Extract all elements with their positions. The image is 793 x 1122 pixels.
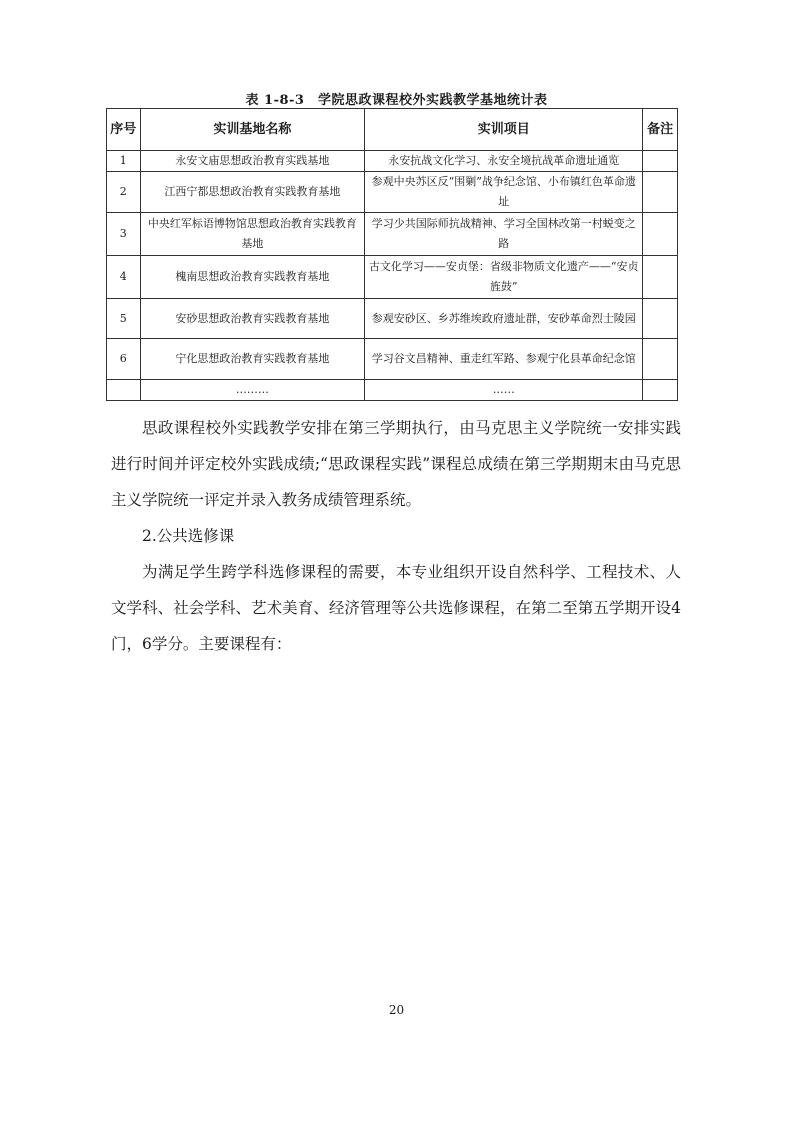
- cell-project: 古文化学习——安贞堡：省级非物质文化遗产——“安贞旌鼓”: [365, 256, 643, 299]
- table-row: 4 槐南思想政治教育实践教育基地 古文化学习——安贞堡：省级非物质文化遗产——“…: [107, 256, 678, 299]
- cell-remark: [643, 380, 678, 401]
- cell-index: 6: [107, 339, 141, 380]
- table-row: 1 永安文庙思想政治教育实践基地 永安抗战文化学习、永安全境抗战革命遗址通览: [107, 151, 678, 172]
- cell-remark: [643, 151, 678, 172]
- cell-project: 永安抗战文化学习、永安全境抗战革命遗址通览: [365, 151, 643, 172]
- cell-base-name: 江西宁都思想政治教育实践教育基地: [140, 172, 365, 213]
- table-row-ellipsis: ……… ……: [107, 380, 678, 401]
- cell-index: 2: [107, 172, 141, 213]
- table-row: 3 中央红军标语博物馆思想政治教育实践教育基地 学习少共国际师抗战精神、学习全国…: [107, 213, 678, 256]
- paragraph-public-electives: 为满足学生跨学科选修课程的需要，本专业组织开设自然科学、工程技术、人文学科、社会…: [111, 554, 681, 662]
- table-header-row: 序号 实训基地名称 实训项目 备注: [107, 109, 678, 151]
- section-heading-public-electives: 2.公共选修课: [111, 518, 681, 554]
- cell-index: 1: [107, 151, 141, 172]
- cell-base-name: 宁化思想政治教育实践教育基地: [140, 339, 365, 380]
- cell-index: [107, 380, 141, 401]
- paragraph-practice-arrangement: 思政课程校外实践教学安排在第三学期执行，由马克思主义学院统一安排实践进行时间并评…: [111, 410, 681, 518]
- header-project: 实训项目: [365, 109, 643, 151]
- cell-project: 参观安砂区、乡苏维埃政府遗址群，安砂革命烈士陵园: [365, 299, 643, 339]
- cell-project: 参观中央苏区反“围剿”战争纪念馆、小布镇红色革命遗址: [365, 172, 643, 213]
- cell-project: 学习谷文昌精神、重走红军路、参观宁化县革命纪念馆: [365, 339, 643, 380]
- table-row: 6 宁化思想政治教育实践教育基地 学习谷文昌精神、重走红军路、参观宁化县革命纪念…: [107, 339, 678, 380]
- cell-remark: [643, 339, 678, 380]
- cell-base-name: ………: [140, 380, 365, 401]
- cell-index: 4: [107, 256, 141, 299]
- header-base-name: 实训基地名称: [140, 109, 365, 151]
- cell-project: ……: [365, 380, 643, 401]
- table-caption: 表 1-8-3 学院思政课程校外实践教学基地统计表: [0, 89, 793, 108]
- header-index: 序号: [107, 109, 141, 151]
- table-row: 2 江西宁都思想政治教育实践教育基地 参观中央苏区反“围剿”战争纪念馆、小布镇红…: [107, 172, 678, 213]
- cell-index: 5: [107, 299, 141, 339]
- cell-index: 3: [107, 213, 141, 256]
- cell-base-name: 安砂思想政治教育实践教育基地: [140, 299, 365, 339]
- cell-base-name: 永安文庙思想政治教育实践基地: [140, 151, 365, 172]
- table-row: 5 安砂思想政治教育实践教育基地 参观安砂区、乡苏维埃政府遗址群，安砂革命烈士陵…: [107, 299, 678, 339]
- practice-base-table: 序号 实训基地名称 实训项目 备注 1 永安文庙思想政治教育实践基地 永安抗战文…: [106, 108, 678, 401]
- cell-remark: [643, 299, 678, 339]
- cell-base-name: 中央红军标语博物馆思想政治教育实践教育基地: [140, 213, 365, 256]
- cell-remark: [643, 256, 678, 299]
- cell-remark: [643, 172, 678, 213]
- cell-base-name: 槐南思想政治教育实践教育基地: [140, 256, 365, 299]
- page-number: 20: [0, 1003, 793, 1017]
- header-remark: 备注: [643, 109, 678, 151]
- cell-remark: [643, 213, 678, 256]
- cell-project: 学习少共国际师抗战精神、学习全国林改第一村蜕变之路: [365, 213, 643, 256]
